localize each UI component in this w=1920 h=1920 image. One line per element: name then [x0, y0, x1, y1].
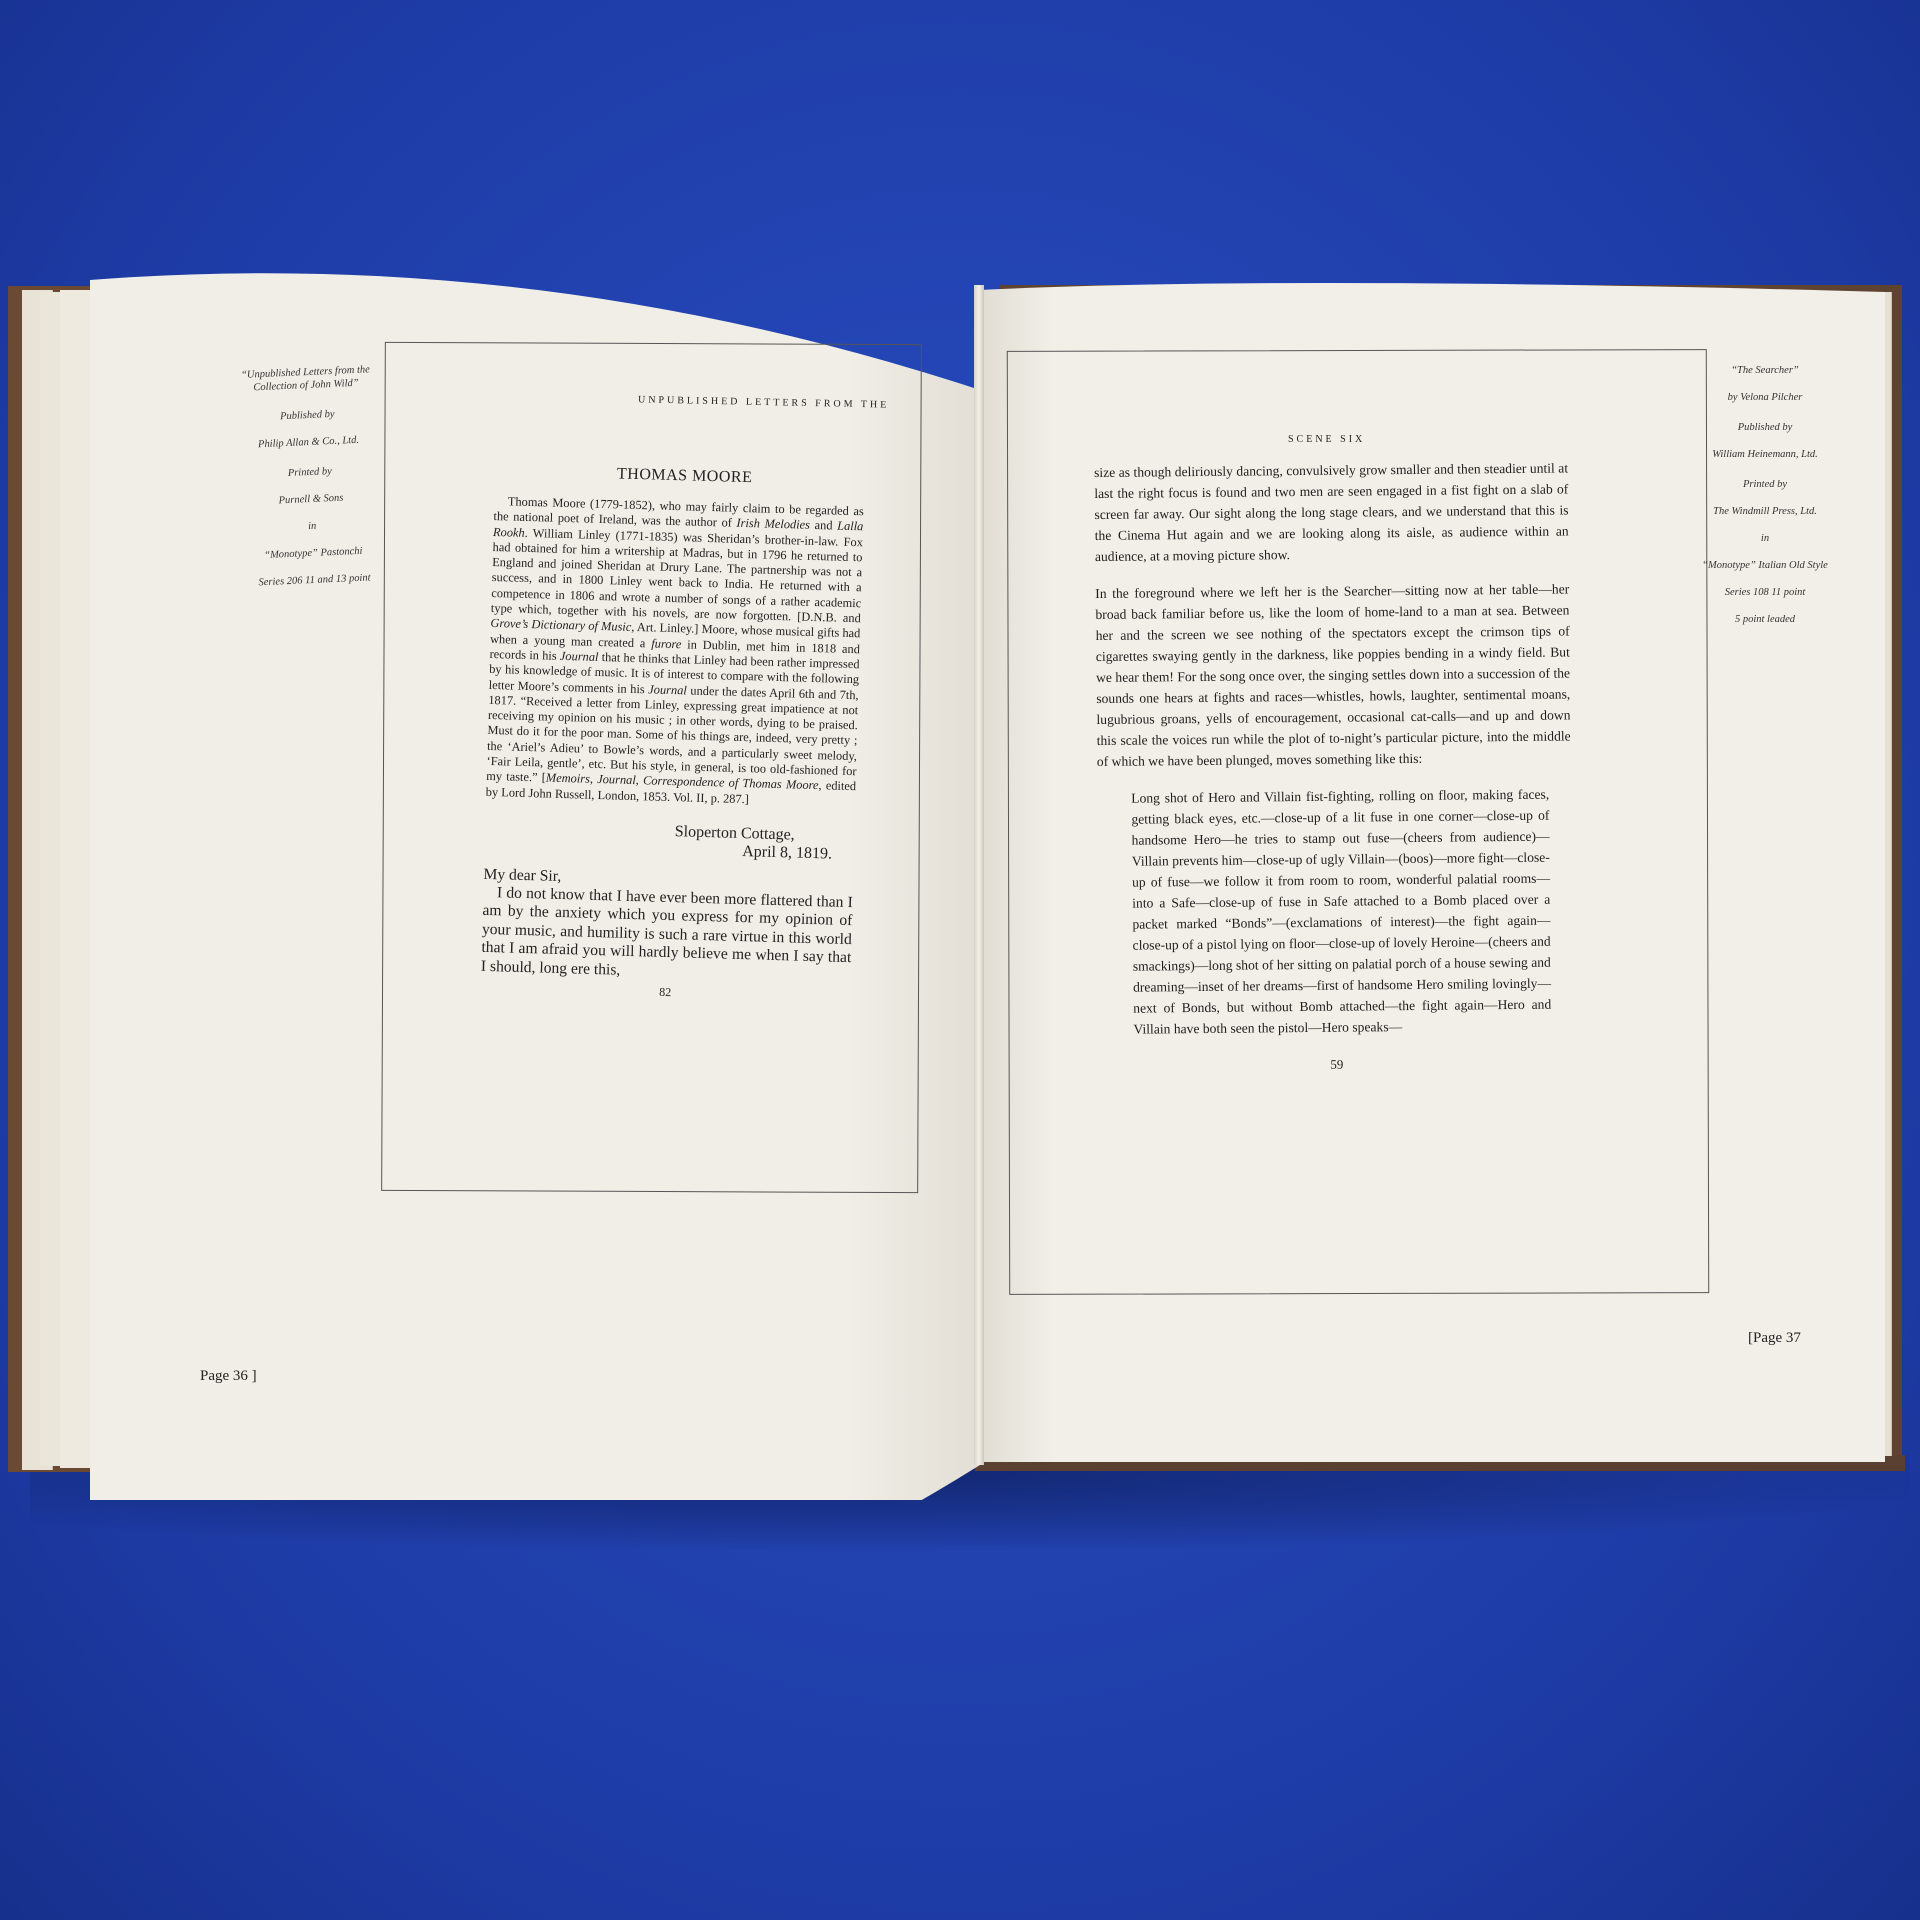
right-running-head: SCENE SIX: [1288, 434, 1365, 445]
colophon-publisher-label: Published by: [237, 406, 377, 426]
colophon-in-label: in: [242, 517, 382, 537]
page-number-right: [Page 37: [1748, 1330, 1801, 1347]
colophon-author: by Velona Pilcher: [1680, 391, 1850, 405]
right-specimen-text: size as though deliriously dancing, conv…: [1094, 457, 1574, 1077]
colophon-printer-label: Printed by: [1680, 478, 1850, 492]
letter-body: I do not know that I have ever been more…: [481, 884, 853, 987]
book-gutter: [974, 285, 984, 1465]
indented-paragraph: Long shot of Hero and Villain fist-fight…: [1131, 784, 1551, 1040]
letter-date: April 8, 1819.: [674, 841, 854, 864]
paragraph: size as though deliriously dancing, conv…: [1094, 457, 1569, 567]
colophon-printer: The Windmill Press, Ltd.: [1680, 505, 1850, 519]
colophon-typeface: “Monotype” Pastonchi: [243, 544, 383, 564]
colophon-leading: 5 point leaded: [1680, 613, 1850, 627]
colophon-title: “Unpublished Letters from the Collection…: [235, 363, 376, 396]
colophon-typeface: “Monotype” Italian Old Style: [1680, 559, 1850, 573]
left-specimen-text: THOMAS MOORE Thomas Moore (1779-1852), w…: [480, 462, 865, 1006]
colophon-series: Series 108 11 point: [1680, 586, 1850, 600]
paragraph: In the foreground where we left her is t…: [1095, 578, 1571, 772]
right-colophon: “The Searcher” by Velona Pilcher Publish…: [1680, 350, 1850, 640]
left-colophon: “Unpublished Letters from the Collection…: [235, 349, 386, 604]
colophon-series: Series 206 11 and 13 point: [244, 571, 384, 591]
colophon-publisher-label: Published by: [1680, 421, 1850, 435]
colophon-printer-label: Printed by: [240, 463, 380, 483]
colophon-publisher: Philip Allan & Co., Ltd.: [238, 433, 378, 453]
letter-address: Sloperton Cottage, April 8, 1819.: [484, 818, 855, 864]
intro-paragraph: Thomas Moore (1779-1852), who may fairly…: [486, 494, 864, 810]
colophon-publisher: William Heinemann, Ltd.: [1680, 448, 1850, 462]
page-number-left: Page 36 ]: [200, 1368, 257, 1385]
colophon-printer: Purnell & Sons: [241, 490, 381, 510]
colophon-in-label: in: [1680, 532, 1850, 546]
colophon-title: “The Searcher”: [1680, 364, 1850, 378]
